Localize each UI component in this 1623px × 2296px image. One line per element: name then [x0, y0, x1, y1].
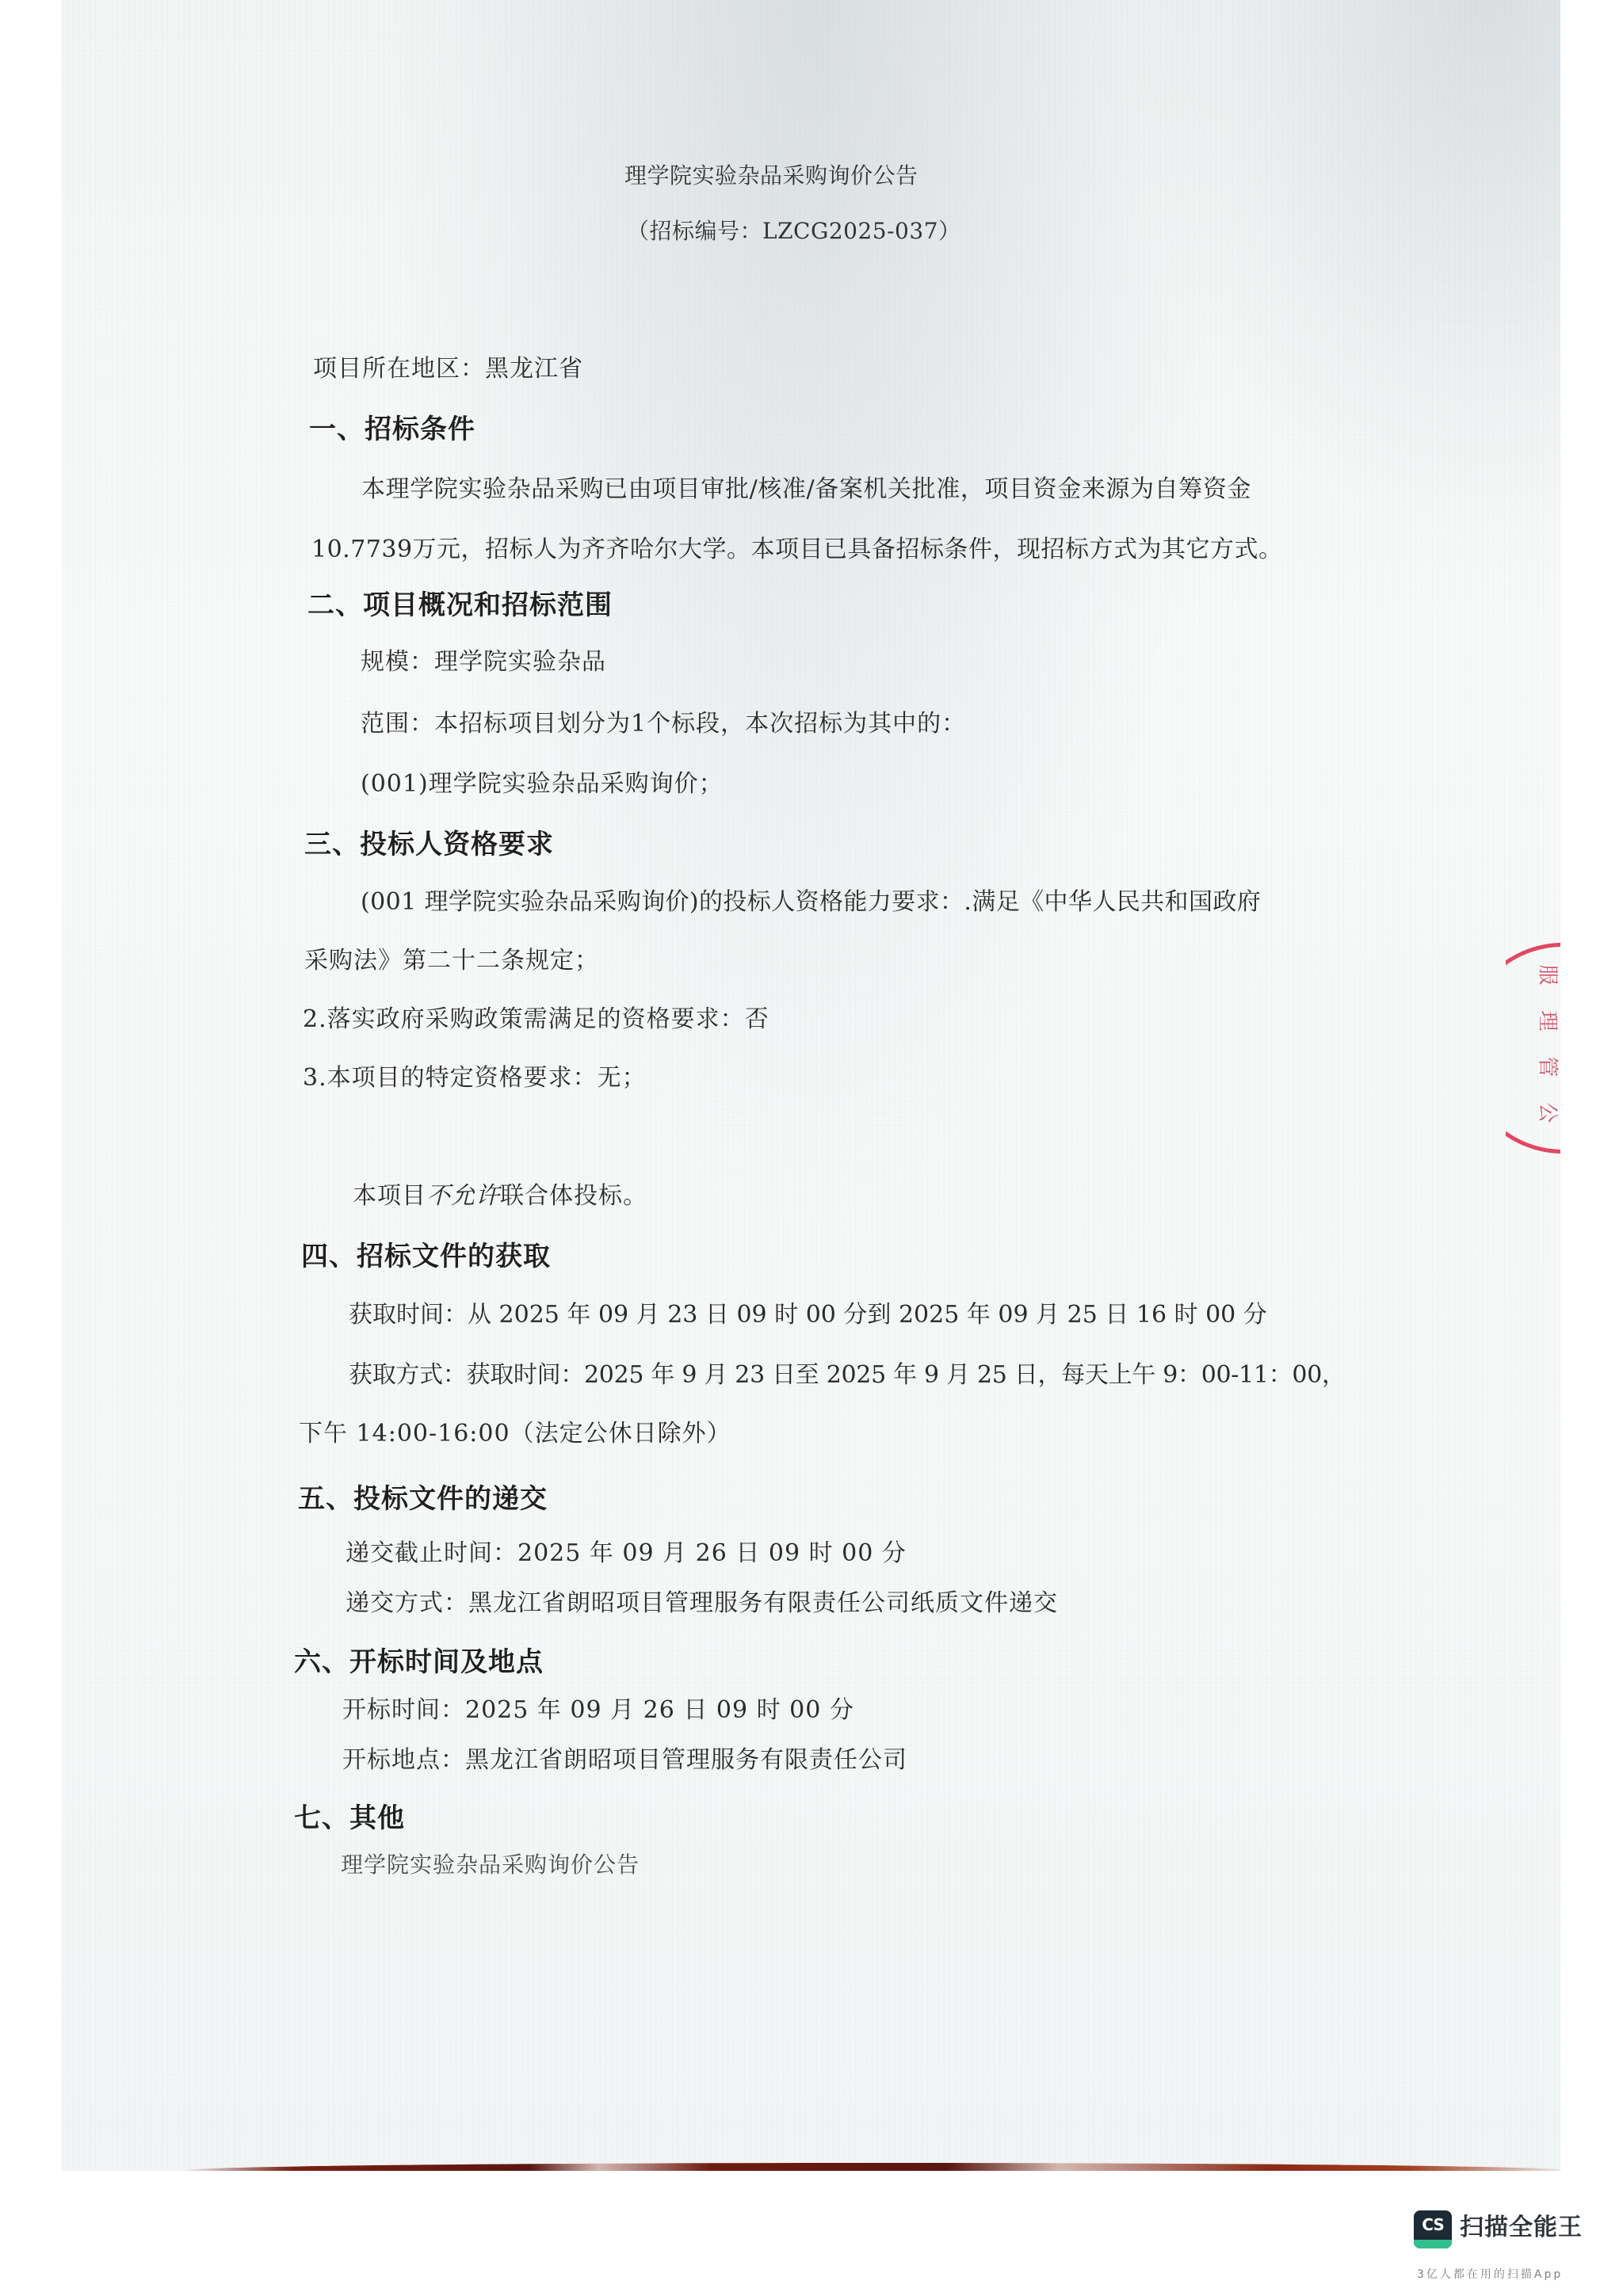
- section-2-scope: 范围：本招标项目划分为1个标段，本次招标为其中的：: [361, 710, 966, 738]
- section-3-line-1: (001 理学院实验杂品采购询价)的投标人资格能力要求：.满足《中华人民共和国政…: [361, 888, 1261, 917]
- section-6-opening-time: 开标时间：2025 年 09 月 26 日 09 时 00 分: [342, 1696, 854, 1725]
- section-4-acquire-method: 获取方式：获取时间：2025 年 9 月 23 日至 2025 年 9 月 25…: [349, 1361, 1346, 1390]
- section-2-scale: 规模：理学院实验杂品: [361, 648, 606, 677]
- section-heading-7: 七、其他: [294, 1802, 405, 1834]
- app-name: 扫描全能王: [1460, 2214, 1583, 2242]
- section-4-acquire-time: 获取时间：从 2025 年 09 月 23 日 09 时 00 分到 2025 …: [349, 1301, 1267, 1329]
- seal-char: 服: [1535, 964, 1560, 985]
- official-seal: 服 理 管 公: [1506, 935, 1560, 1165]
- section-heading-5: 五、投标文件的递交: [298, 1483, 548, 1515]
- section-heading-1: 一、招标条件: [309, 414, 475, 445]
- joint-bid-prefix: 本项目: [353, 1182, 426, 1210]
- joint-bid-suffix: 联合体投标。: [500, 1182, 647, 1210]
- section-5-method: 递交方式：黑龙江省朗昭项目管理服务有限责任公司纸质文件递交: [346, 1589, 1058, 1618]
- logo-text: CS: [1414, 2215, 1452, 2234]
- section-6-opening-place: 开标地点：黑龙江省朗昭项目管理服务有限责任公司: [342, 1746, 907, 1775]
- section-2-lot: (001)理学院实验杂品采购询价；: [361, 770, 724, 799]
- seal-char: 理: [1535, 1010, 1560, 1031]
- scanned-page: 理学院实验杂品采购询价公告 （招标编号：LZCG2025-037） 项目所在地区…: [62, 0, 1560, 2171]
- document-title: 理学院实验杂品采购询价公告: [624, 162, 918, 190]
- section-3-item-2: 2.落实政府采购政策需满足的资格要求：否: [303, 1005, 769, 1034]
- section-3-item-3: 3.本项目的特定资格要求：无；: [303, 1064, 647, 1093]
- section-7-line: 理学院实验杂品采购询价公告: [341, 1851, 640, 1879]
- camscanner-logo-icon: CS: [1414, 2210, 1452, 2248]
- section-heading-4: 四、招标文件的获取: [301, 1241, 551, 1272]
- scan-edge-shadow: [181, 2163, 1560, 2171]
- tender-number: （招标编号：LZCG2025-037）: [627, 217, 961, 246]
- joint-bid-emphasis: 不允许: [426, 1182, 500, 1210]
- logo-accent-band: [1414, 2240, 1452, 2248]
- section-1-line-1: 本理学院实验杂品采购已由项目审批/核准/备案机关批准，项目资金来源为自筹资金: [361, 475, 1251, 504]
- seal-char: 公: [1535, 1102, 1560, 1123]
- section-1-line-2: 10.7739万元，招标人为齐齐哈尔大学。本项目已具备招标条件，现招标方式为其它…: [311, 536, 1283, 564]
- app-tagline: 3亿人都在用的扫描App: [1417, 2266, 1563, 2282]
- section-heading-3: 三、投标人资格要求: [304, 829, 554, 860]
- section-heading-2: 二、项目概况和招标范围: [307, 589, 613, 621]
- section-heading-6: 六、开标时间及地点: [294, 1646, 544, 1678]
- camscanner-watermark: CS 扫描全能王 3亿人都在用的扫描App: [1414, 2210, 1620, 2282]
- seal-char: 管: [1535, 1056, 1560, 1077]
- joint-bid-statement: 本项目不允许联合体投标。: [353, 1182, 647, 1211]
- section-3-line-2: 采购法》第二十二条规定；: [304, 947, 599, 975]
- section-4-afternoon-hours: 下午 14:00-16:00（法定公休日除外）: [299, 1420, 731, 1448]
- section-5-deadline: 递交截止时间：2025 年 09 月 26 日 09 时 00 分: [346, 1539, 907, 1568]
- project-region: 项目所在地区：黑龙江省: [313, 355, 583, 383]
